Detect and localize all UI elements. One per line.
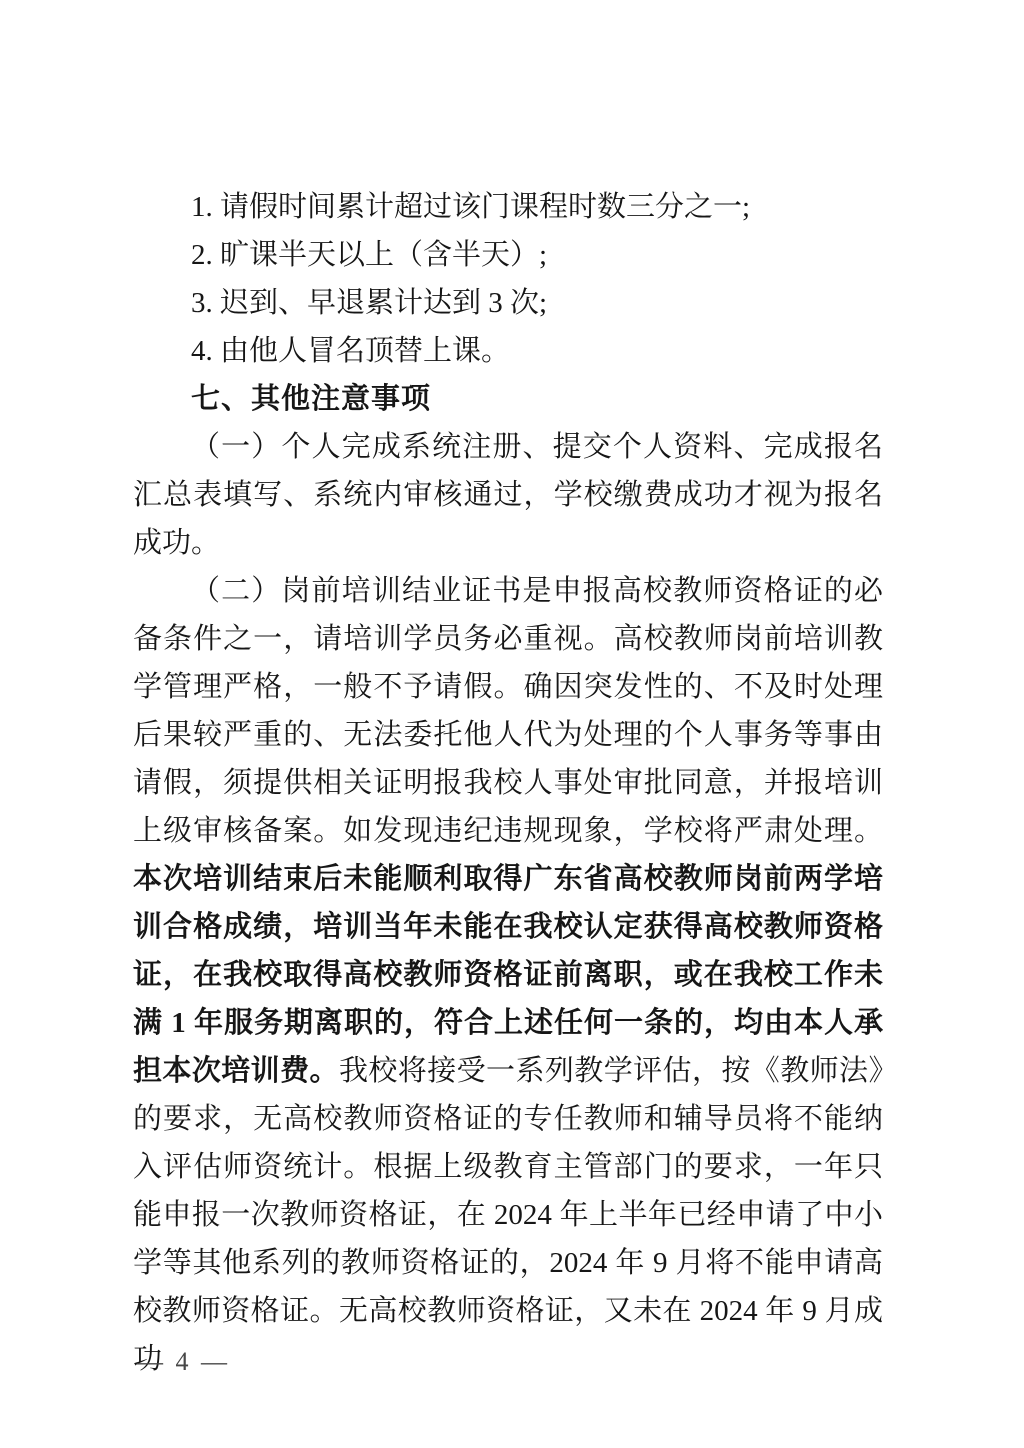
- numbered-list-item-3: 3. 迟到、早退累计达到 3 次;: [133, 279, 883, 327]
- numbered-list-item-2: 2. 旷课半天以上（含半天）;: [133, 231, 883, 279]
- numbered-list-item-1: 1. 请假时间累计超过该门课程时数三分之一;: [133, 183, 883, 231]
- paragraph-segment-normal-leading: （二）岗前培训结业证书是申报高校教师资格证的必备条件之一，请培训学员务必重视。高…: [133, 575, 883, 847]
- document-body: 1. 请假时间累计超过该门课程时数三分之一; 2. 旷课半天以上（含半天）; 3…: [133, 183, 883, 1383]
- paragraph-segment-normal-trailing: 我校将接受一系列教学评估，按《教师法》的要求，无高校教师资格证的专任教师和辅导员…: [133, 1055, 883, 1375]
- numbered-list-item-4: 4. 由他人冒名顶替上课。: [133, 327, 883, 375]
- section-heading: 七、其他注意事项: [133, 375, 883, 423]
- document-page: 1. 请假时间累计超过该门课程时数三分之一; 2. 旷课半天以上（含半天）; 3…: [0, 0, 1024, 1448]
- paragraph-segment-bold-liability: 本次培训结束后未能顺利取得广东省高校教师岗前两学培训合格成绩，培训当年未能在我校…: [133, 863, 883, 1087]
- paragraph-registration-success: （一）个人完成系统注册、提交个人资料、完成报名汇总表填写、系统内审核通过，学校缴…: [133, 423, 883, 567]
- page-number: — 4 —: [137, 1344, 230, 1380]
- paragraph-training-certificate: （二）岗前培训结业证书是申报高校教师资格证的必备条件之一，请培训学员务必重视。高…: [133, 567, 883, 1383]
